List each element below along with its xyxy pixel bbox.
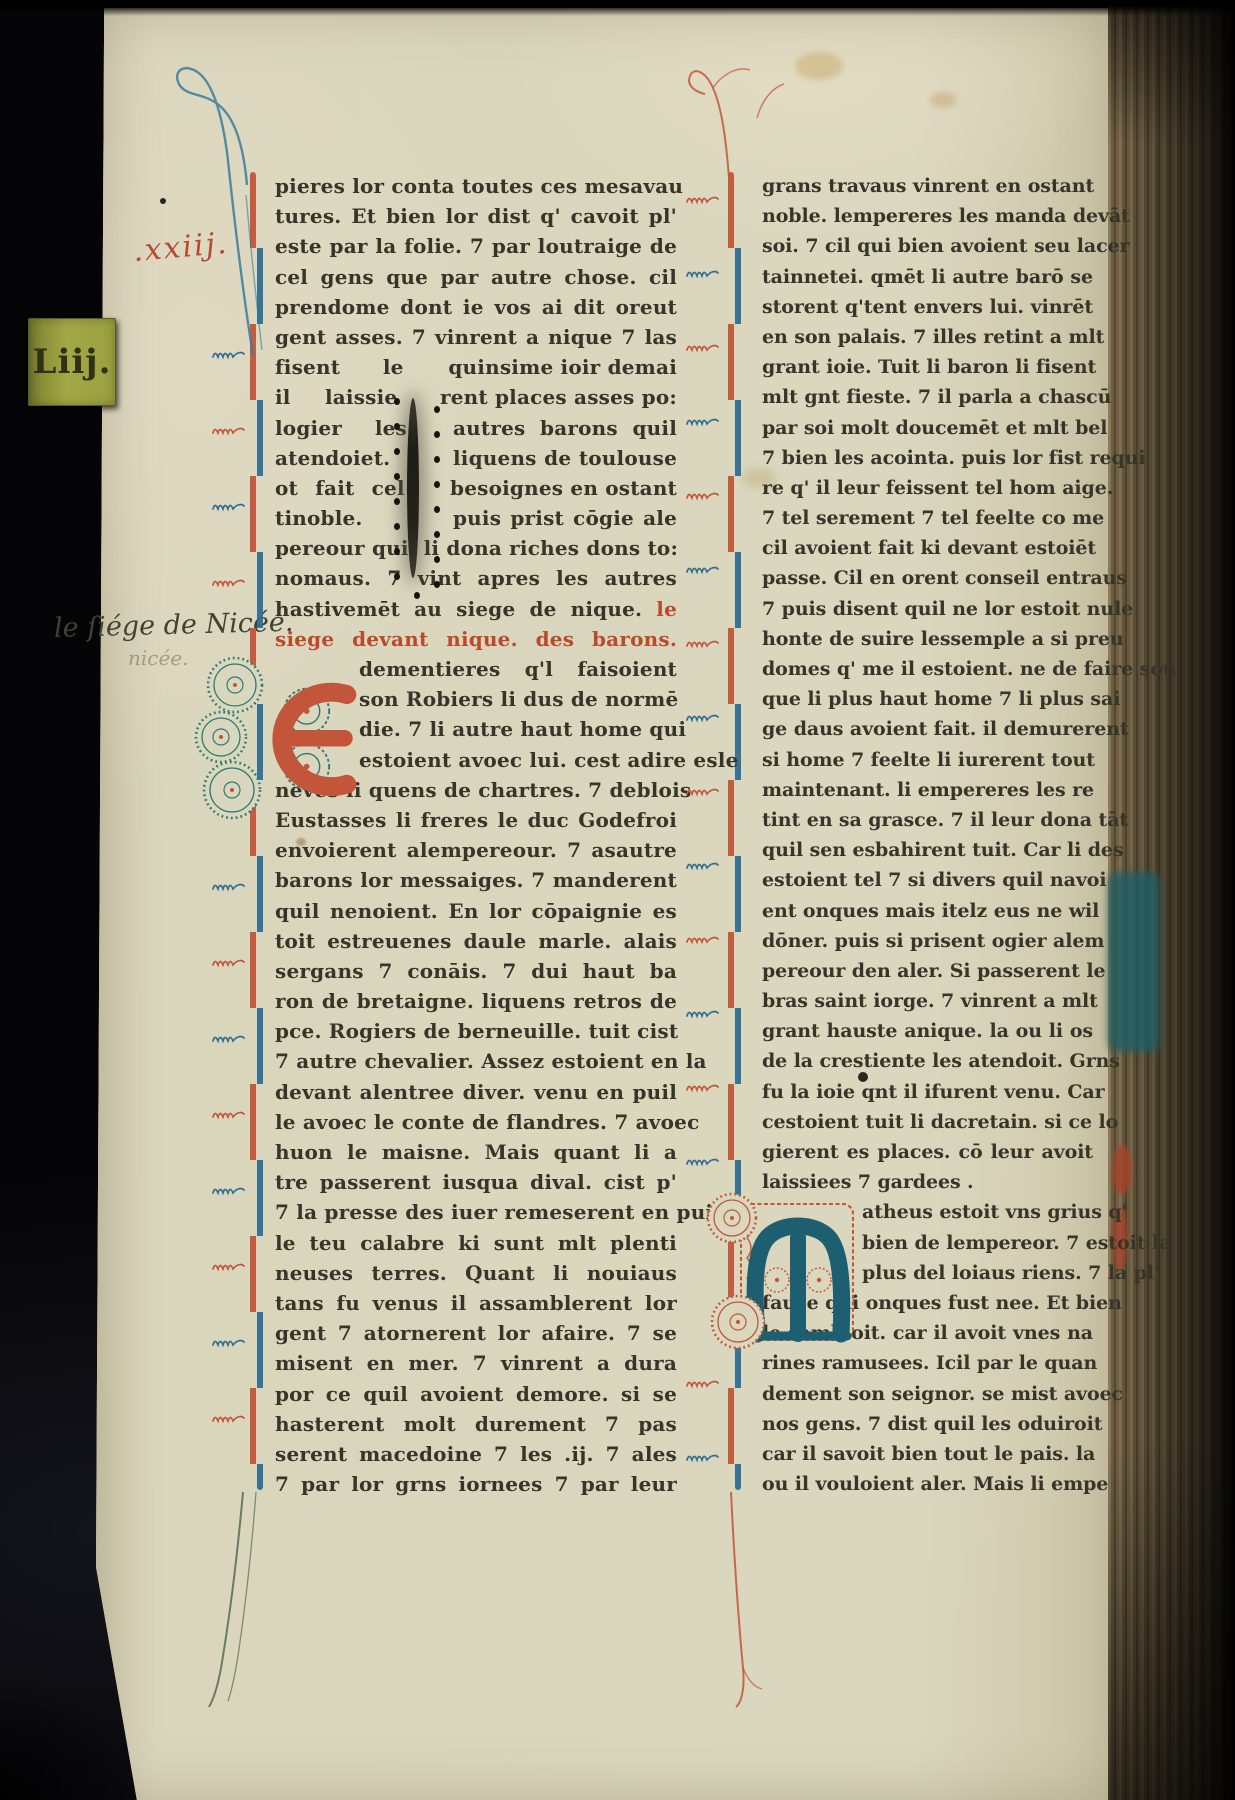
text-line: huon le maisne. Mais quant li a — [275, 1137, 677, 1167]
text-line: mlt gnt fieste. 7 il parla a chascū — [762, 382, 1093, 412]
text-line: soi. 7 cil qui bien avoient seu lacer — [762, 231, 1093, 261]
margin-squiggle — [212, 1333, 246, 1353]
center-border-bar-red — [728, 172, 734, 1490]
text-line: siege devant nique. des barons. — [275, 624, 677, 654]
margin-squiggle — [212, 1105, 246, 1125]
text-line: quil nenoient. En lor cōpaignie es — [275, 896, 677, 926]
margin-squiggle — [686, 264, 720, 284]
stitch-hole — [394, 448, 400, 455]
stitch-hole — [434, 506, 440, 513]
text-line: tinoble.puis prist cōgie ale — [275, 503, 677, 533]
text-line: maintenant. li empereres les re — [762, 775, 1093, 805]
text-line: die. 7 li autre haut home qui — [359, 714, 677, 744]
penwork-medallion — [202, 760, 262, 824]
text-line: dement son seignor. se mist avoec — [762, 1379, 1093, 1409]
text-line: 7 la presse des iuer remeserent en puil — [275, 1197, 677, 1227]
stitch-hole — [394, 423, 400, 430]
text-line: le avoec le conte de flandres. 7 avoec — [275, 1107, 677, 1137]
margin-squiggle — [212, 953, 246, 973]
margin-squiggle — [686, 560, 720, 580]
margin-squiggle — [212, 1029, 246, 1049]
margin-squiggle — [686, 708, 720, 728]
stitch-hole — [394, 573, 400, 580]
stitch-hole — [434, 581, 440, 588]
text-line: devant alentree diver. venu en puil — [275, 1077, 677, 1107]
text-line: quil sen esbahirent tuit. Car li des — [762, 835, 1093, 865]
text-line: pce. Rogiers de berneuille. tuit cist — [275, 1016, 677, 1046]
text-line: pereour quil li dona riches dons to: — [275, 533, 677, 563]
text-line: hastivemēt au siege de nique. le — [275, 594, 677, 624]
text-line: passe. Cil en orent conseil entraus — [762, 563, 1093, 593]
text-line: le teu calabre ki sunt mlt plenti — [275, 1228, 677, 1258]
text-line: 7 tel serement 7 tel feelte co me — [762, 503, 1093, 533]
margin-squiggle — [686, 1078, 720, 1098]
text-line: honte de suire lessemple a si preu — [762, 624, 1093, 654]
text-line: bras saint iorge. 7 vinrent a mlt — [762, 986, 1093, 1016]
stitch-hole — [394, 523, 400, 530]
text-line: car il savoit bien tout le pais. la — [762, 1439, 1093, 1469]
margin-squiggle — [212, 345, 246, 365]
text-line: logier lesautres barons quil — [275, 413, 677, 443]
text-line: por ce quil avoient demore. si se — [275, 1379, 677, 1409]
margin-squiggle — [686, 782, 720, 802]
text-line: neuses terres. Quant li nouiaus — [275, 1258, 677, 1288]
text-line: 7 puis disent quil ne lor estoit nule — [762, 594, 1093, 624]
text-line: ot fait celbesoignes en ostant — [275, 473, 677, 503]
text-line: tre passerent iusqua dival. cist p' — [275, 1167, 677, 1197]
left-border-bar-red — [250, 172, 256, 1490]
erased-marginal-note: nicée. — [128, 646, 189, 670]
text-line: grant ioie. Tuit li baron li fisent — [762, 352, 1093, 382]
text-line: dōner. puis si prisent ogier alem — [762, 926, 1093, 956]
text-line: cel gens que par autre chose. cil — [275, 262, 677, 292]
text-line: de la crestiente les atendoit. Grns — [762, 1046, 1093, 1076]
text-line: gierent es places. cō leur avoit — [762, 1137, 1093, 1167]
text-line: serent macedoine 7 les .ij. 7 ales — [275, 1439, 677, 1469]
text-line: Eustasses li freres le duc Godefroi — [275, 805, 677, 835]
text-line: atheus estoit vns grius q' — [862, 1197, 1093, 1227]
text-line: nomaus. 7 vint apres les autres — [275, 563, 677, 593]
penwork-medallion — [710, 1294, 766, 1354]
stitch-hole — [394, 398, 400, 405]
text-line: envoierent alempereour. 7 asautre — [275, 835, 677, 865]
margin-squiggle — [686, 1448, 720, 1468]
text-line: pieres lor conta toutes ces mesavau — [275, 171, 677, 201]
margin-squiggle — [686, 338, 720, 358]
margin-squiggle — [212, 421, 246, 441]
stitch-hole — [394, 548, 400, 555]
margin-squiggle — [212, 497, 246, 517]
text-line: plus del loiaus riens. 7 la pl' — [862, 1258, 1093, 1288]
left-text-column: pieres lor conta toutes ces mesavautures… — [275, 171, 677, 1499]
text-line: storent q'tent envers lui. vinrēt — [762, 292, 1093, 322]
manuscript-photograph: .xxiij. Liij. nicée. le ſiége de Nicée. … — [0, 0, 1235, 1800]
text-line: cestoient tuit li dacretain. si ce lo — [762, 1107, 1093, 1137]
index-tab-label: Liij. — [33, 342, 112, 382]
text-line: prendome dont ie vos ai dit oreut — [275, 292, 677, 322]
text-line: fu la ioie qnt il ifurent venu. Car — [762, 1077, 1093, 1107]
penwork-medallion — [206, 656, 264, 718]
stitch-hole — [394, 473, 400, 480]
margin-squiggle — [212, 1409, 246, 1429]
text-line: tainnetei. qmēt li autre barō se — [762, 262, 1093, 292]
stitch-hole — [394, 498, 400, 505]
text-line: hasterent molt durement 7 pas — [275, 1409, 677, 1439]
margin-squiggle — [686, 856, 720, 876]
text-line: barons lor messaiges. 7 manderent — [275, 865, 677, 895]
text-line: ou il vouloient aler. Mais li empe — [762, 1469, 1093, 1499]
margin-squiggle — [686, 1004, 720, 1024]
text-line: estoient avoec lui. cest adire esle — [359, 745, 677, 775]
text-line: dementieres q'l faisoient — [359, 654, 677, 684]
text-line: que li plus haut home 7 li plus sai — [762, 684, 1093, 714]
stitch-hole — [434, 556, 440, 563]
text-line: tint en sa grasce. 7 il leur dona tāt — [762, 805, 1093, 835]
margin-squiggle — [686, 634, 720, 654]
text-line: bien de lempereor. 7 estoit la — [862, 1228, 1093, 1258]
text-line: ge daus avoient fait. il demurerent — [762, 714, 1093, 744]
text-line: tans fu venus il assamblerent lor — [275, 1288, 677, 1318]
stitch-hole — [434, 531, 440, 538]
text-line: si home 7 feelte li iurerent tout — [762, 745, 1093, 775]
stitch-hole — [414, 592, 420, 599]
margin-squiggle — [686, 1152, 720, 1172]
text-line: son Robiers li dus de normē — [359, 684, 677, 714]
text-line: toit estreuenes daule marle. alais — [275, 926, 677, 956]
text-line: tures. Et bien lor dist q' cavoit pl' — [275, 201, 677, 231]
text-line: grans travaus vinrent en ostant — [762, 171, 1093, 201]
text-line: 7 autre chevalier. Assez estoient en la — [275, 1046, 677, 1076]
text-line: domes q' me il estoient. ne de faire sou — [762, 654, 1093, 684]
text-line: ron de bretaigne. liquens retros de — [275, 986, 677, 1016]
left-border-bar-blue — [257, 172, 263, 1490]
text-line: este par la folie. 7 par loutraige de — [275, 231, 677, 261]
stitch-hole — [434, 431, 440, 438]
text-line: rines ramusees. Icil par le quan — [762, 1348, 1093, 1378]
margin-squiggle — [686, 412, 720, 432]
stitch-hole — [434, 456, 440, 463]
text-line: pereour den aler. Si passerent le — [762, 956, 1093, 986]
text-line: 7 par lor grns iornees 7 par leur — [275, 1469, 677, 1499]
text-line: cil avoient fait ki devant estoiēt — [762, 533, 1093, 563]
margin-squiggle — [686, 190, 720, 210]
text-line: il laissierent places asses po: — [275, 382, 677, 412]
text-line: gent 7 atornerent lor afaire. 7 se — [275, 1318, 677, 1348]
text-line: grant hauste anique. la ou li os — [762, 1016, 1093, 1046]
text-line: estoient tel 7 si divers quil navoi — [762, 865, 1093, 895]
text-line: noble. lempereres les manda devāt — [762, 201, 1093, 231]
text-line: 7 bien les acointa. puis lor fist requi — [762, 443, 1093, 473]
index-tab: Liij. — [28, 318, 116, 406]
margin-squiggle — [212, 1257, 246, 1277]
text-line: gent asses. 7 vinrent a nique 7 las — [275, 322, 677, 352]
fore-edge-page-stack — [1108, 0, 1235, 1800]
text-line: en son palais. 7 illes retint a mlt — [762, 322, 1093, 352]
text-line: misent en mer. 7 vinrent a dura — [275, 1348, 677, 1378]
margin-squiggle — [212, 573, 246, 593]
margin-squiggle — [212, 1181, 246, 1201]
text-line: par soi molt doucemēt et mlt bel — [762, 413, 1093, 443]
text-line: nos gens. 7 dist quil les oduiroit — [762, 1409, 1093, 1439]
penwork-medallion — [706, 1192, 758, 1248]
text-line: fisent lequinsime ioir demai — [275, 352, 677, 382]
stitch-hole — [434, 406, 440, 413]
text-line: atendoiet.liquens de toulouse — [275, 443, 677, 473]
text-line: laissiees 7 gardees . — [762, 1167, 1093, 1197]
stitch-hole — [434, 481, 440, 488]
parchment-repair-slit — [407, 398, 419, 578]
margin-squiggle — [212, 877, 246, 897]
margin-squiggle — [686, 486, 720, 506]
text-line: sergans 7 conāis. 7 dui haut ba — [275, 956, 677, 986]
text-line: re q' il leur feissent tel hom aige. — [762, 473, 1093, 503]
margin-squiggle — [686, 930, 720, 950]
text-line: ent onques mais itelz eus ne wil — [762, 896, 1093, 926]
margin-squiggle — [686, 1374, 720, 1394]
